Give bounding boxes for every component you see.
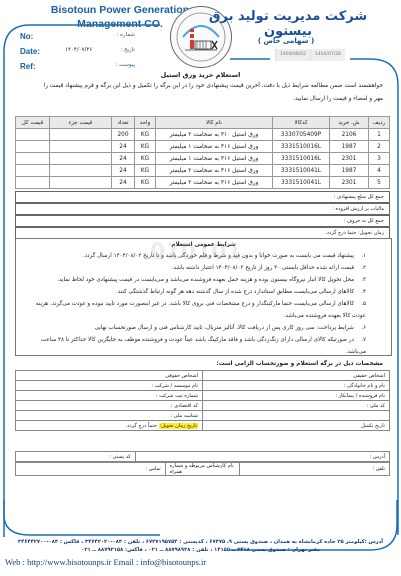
cell-purchase-no: 2106 [330, 129, 369, 141]
cell-unit-price[interactable] [50, 165, 112, 177]
cell-code: 3330705409P [273, 129, 330, 141]
conditions-list: ۱.پیشنهاد قیمت می بایست به صورت خوانا و … [16, 250, 391, 358]
condition-text: کالاهای ارسالی می‌بایست حتما مارکینگدار … [36, 301, 366, 319]
delivery-date-note: حتماً درج گردد. [126, 423, 157, 429]
condition-number: ۴. [354, 286, 366, 298]
meta-value: ۱۴۰۴/۰۷/۲۶ [65, 47, 92, 53]
meta-label-en: Ref: [20, 62, 36, 71]
intro-text: خواهشمند است ضمن مطالعه شرایط ذیل با دقت… [40, 80, 383, 106]
address-table: آدرس : کد پستی : [15, 451, 390, 462]
condition-text: محل تحویل کالا انبار نیروگاه بیستون بوده… [57, 277, 354, 283]
condition-text: شرایط پرداخت: سی روز کاری پس از دریافت ک… [95, 325, 354, 331]
registration-number-field[interactable]: شماره ثبت شرکت : [16, 391, 203, 401]
condition-number: ۱. [354, 250, 366, 262]
table-header-row: ردیف ش. خرید کدکالا نام کالا واحد تعداد … [16, 117, 390, 129]
specs-title: مشخصات ذیل در برگه استعلام و صورتحساب ال… [216, 361, 383, 367]
expert-field[interactable]: نام کارشناس مربوطه و شماره همراه [165, 463, 240, 476]
condition-number: ۳. [354, 274, 366, 286]
cell-qty: 24 [112, 165, 135, 177]
cell-row: 5 [369, 177, 390, 189]
cell-total[interactable] [16, 165, 50, 177]
cell-unit-price[interactable] [50, 141, 112, 153]
table-row: 1 2106 3330705409P ورق استیل ۳۱۰ به ضخام… [16, 129, 390, 141]
contact-row: تلفن : نام کارشناس مربوطه و شماره همراه … [16, 463, 390, 476]
cell-row: 4 [369, 165, 390, 177]
cell-name: ورق استیل ۳۱۶ به ضخامت ۱ میلیمتر [156, 153, 273, 165]
condition-item: ۳.محل تحویل کالا انبار نیروگاه بیستون بو… [24, 274, 366, 286]
specs-row: تاریخ تکمیل تاریخ زمان تحویل: حتماً درج … [16, 421, 390, 431]
col-header-unit-price: قیمت جزء [50, 117, 112, 129]
meta-label-fa: شماره : [116, 32, 135, 38]
cell-code: 3331510016L [273, 153, 330, 165]
col-header-total: قیمت کل [16, 117, 50, 129]
meta-label-fa: تاریخ : [120, 47, 135, 53]
specs-row: کد ملی : کد اقتصادی : [16, 401, 390, 411]
condition-item: ۶.شرایط پرداخت: سی روز کاری پس از دریافت… [24, 322, 366, 334]
contact-table: تلفن : نام کارشناس مربوطه و شماره همراه … [15, 462, 390, 476]
footer-web-email[interactable]: Web : http://www.bisotounps.ir Email : i… [5, 557, 206, 567]
cell-total[interactable] [16, 153, 50, 165]
document-title: استعلام خرید ورق استیل [0, 71, 401, 79]
cell-unit: KG [135, 129, 156, 141]
cell-total[interactable] [16, 177, 50, 189]
economic-code-field[interactable]: کد اقتصادی : [16, 401, 203, 411]
issue-date: 1404/07/26 [310, 49, 345, 61]
cell-row: 2 [369, 141, 390, 153]
table-row: 2 1987 3331510016L ورق استیل ۳۱۶ به ضخام… [16, 141, 390, 153]
specs-row: نام فروشنده / پیمانکار : شماره ثبت شرکت … [16, 391, 390, 401]
cell-name: ورق استیل ۳۱۰ به ضخامت ۲ میلیمتر [156, 129, 273, 141]
empty-cell [203, 411, 390, 421]
table-row: 3 2301 3331510016L ورق استیل ۳۱۶ به ضخام… [16, 153, 390, 165]
watermark: 010101 [150, 240, 242, 265]
national-id-field[interactable]: شناسه ملی : [16, 411, 203, 421]
condition-item: ۴.کالاهای ارسالی می‌بایست مطابق استاندار… [24, 286, 366, 298]
cell-purchase-no: 2301 [330, 177, 369, 189]
total-offer-field[interactable]: جمع کل مبلغ پیشنهادی : [15, 191, 390, 203]
table-row: 4 1987 3331510041L ورق استیل ۳۱۶ به ضخام… [16, 165, 390, 177]
cell-qty: 24 [112, 177, 135, 189]
address-field[interactable]: آدرس : [135, 452, 389, 462]
full-name-field[interactable]: نام و نام خانوادگی : [203, 381, 390, 391]
cell-total[interactable] [16, 141, 50, 153]
meta-number: No: شماره : [20, 32, 135, 42]
col-header-name: نام کالا [156, 117, 273, 129]
cell-purchase-no: 1987 [330, 165, 369, 177]
legal-person-header: اشخاص حقوقی [16, 371, 203, 381]
condition-text: قیمت ارائه شده حداقل بایستی ۳۰ روز از تا… [172, 265, 354, 271]
cell-unit: KG [135, 165, 156, 177]
cell-unit-price[interactable] [50, 129, 112, 141]
cell-unit: KG [135, 153, 156, 165]
items-table: ردیف ش. خرید کدکالا نام کالا واحد تعداد … [15, 116, 390, 189]
cell-name: ورق استیل ۳۱۶ به ضخامت ۲ میلیمتر [156, 165, 273, 177]
condition-number: ۲. [354, 262, 366, 274]
company-name-field[interactable]: نام موسسه / شرکت : [16, 381, 203, 391]
condition-item: ۷.در صورتیکه کالای ارسالی دارای زنگ‌زدگی… [24, 334, 366, 358]
meta-date: Date: ۱۴۰۴/۰۷/۲۶ تاریخ : [20, 47, 135, 57]
cell-unit-price[interactable] [50, 177, 112, 189]
company-name-fa: شرکت مدیریت تولید برق بیستون [203, 9, 373, 39]
condition-text: کالاهای ارسالی می‌بایست مطابق استاندارد … [116, 289, 354, 295]
footer-address-line2: دفتر تهران : صندوق پستی ۲۴۱۸ ــ ۱۴۱۵۵ ، … [0, 546, 401, 554]
cell-purchase-no: 1987 [330, 141, 369, 153]
delivery-date-highlight: تاریخ زمان تحویل: [159, 423, 198, 429]
vat-field[interactable]: مالیات بر ارزش افزوده : [15, 203, 390, 215]
meta-label-fa: پیوست : [115, 62, 135, 68]
cell-row: 1 [369, 129, 390, 141]
date-stamps: 1404/08/02 1404/07/26 [275, 49, 345, 61]
cell-qty: 24 [112, 141, 135, 153]
cell-code: 3331510041L [273, 177, 330, 189]
cell-code: 3331510016L [273, 141, 330, 153]
meta-label-en: No: [20, 32, 33, 41]
company-type: ( سهامی خاص ) [241, 37, 331, 45]
cell-name: ورق استیل ۳۱۶ به ضخامت ۲ میلیمتر [156, 177, 273, 189]
address-row: آدرس : کد پستی : [16, 452, 390, 462]
national-code-field[interactable]: کد ملی : [203, 401, 390, 411]
delivery-date-field[interactable]: تاریخ زمان تحویل: حتماً درج گردد. [16, 421, 203, 431]
footer-address: آدرس :کیلومتر ۲۵ جاده کرمانشاه به همدان … [0, 538, 401, 554]
specs-row: نام و نام خانوادگی : نام موسسه / شرکت : [16, 381, 390, 391]
total-words-field[interactable]: جمع کل به حروف : [15, 215, 390, 227]
cell-purchase-no: 2301 [330, 153, 369, 165]
cell-code: 3331510041L [273, 165, 330, 177]
col-header-row: ردیف [369, 117, 390, 129]
condition-number: ۶. [354, 322, 366, 334]
col-header-unit: واحد [135, 117, 156, 129]
cell-total[interactable] [16, 129, 50, 141]
cell-qty: 200 [112, 129, 135, 141]
cell-qty: 24 [112, 153, 135, 165]
completion-date-field[interactable]: تاریخ تکمیل [203, 421, 390, 431]
condition-number: ۵. [354, 298, 366, 310]
table-row: 5 2301 3331510041L ورق استیل ۳۱۶ به ضخام… [16, 177, 390, 189]
footer-address-line1: آدرس :کیلومتر ۲۵ جاده کرمانشاه به همدان … [0, 538, 401, 546]
cell-unit: KG [135, 141, 156, 153]
condition-text: در صورتیکه کالای ارسالی دارای زنگ‌زدگی ب… [41, 337, 366, 355]
condition-number: ۷. [354, 334, 366, 346]
cell-unit: KG [135, 177, 156, 189]
natural-person-header: اشخاص حقیقی [203, 371, 390, 381]
summary-box: جمع کل مبلغ پیشنهادی : مالیات بر ارزش اف… [15, 191, 390, 239]
cell-unit-price[interactable] [50, 153, 112, 165]
specs-row: اشخاص حقیقی اشخاص حقوقی [16, 371, 390, 381]
meta-label-en: Date: [20, 47, 40, 56]
postal-code-field[interactable]: کد پستی : [16, 452, 136, 462]
deadline-date: 1404/08/02 [275, 49, 310, 61]
mobile-field[interactable]: تماس : [16, 463, 166, 476]
cell-name: ورق استیل ۳۱۶ به ضخامت ۱ میلیمتر [156, 141, 273, 153]
condition-item: ۵.کالاهای ارسالی می‌بایست حتما مارکینگدا… [24, 298, 366, 322]
vendor-name-field[interactable]: نام فروشنده / پیمانکار : [203, 391, 390, 401]
col-header-purchase-no: ش. خرید [330, 117, 369, 129]
cell-row: 3 [369, 153, 390, 165]
specs-row: شناسه ملی : [16, 411, 390, 421]
specs-table: اشخاص حقیقی اشخاص حقوقی نام و نام خانواد… [15, 370, 390, 431]
col-header-code: کدکالا [273, 117, 330, 129]
col-header-qty: تعداد [112, 117, 135, 129]
phone-field[interactable]: تلفن : [240, 463, 390, 476]
